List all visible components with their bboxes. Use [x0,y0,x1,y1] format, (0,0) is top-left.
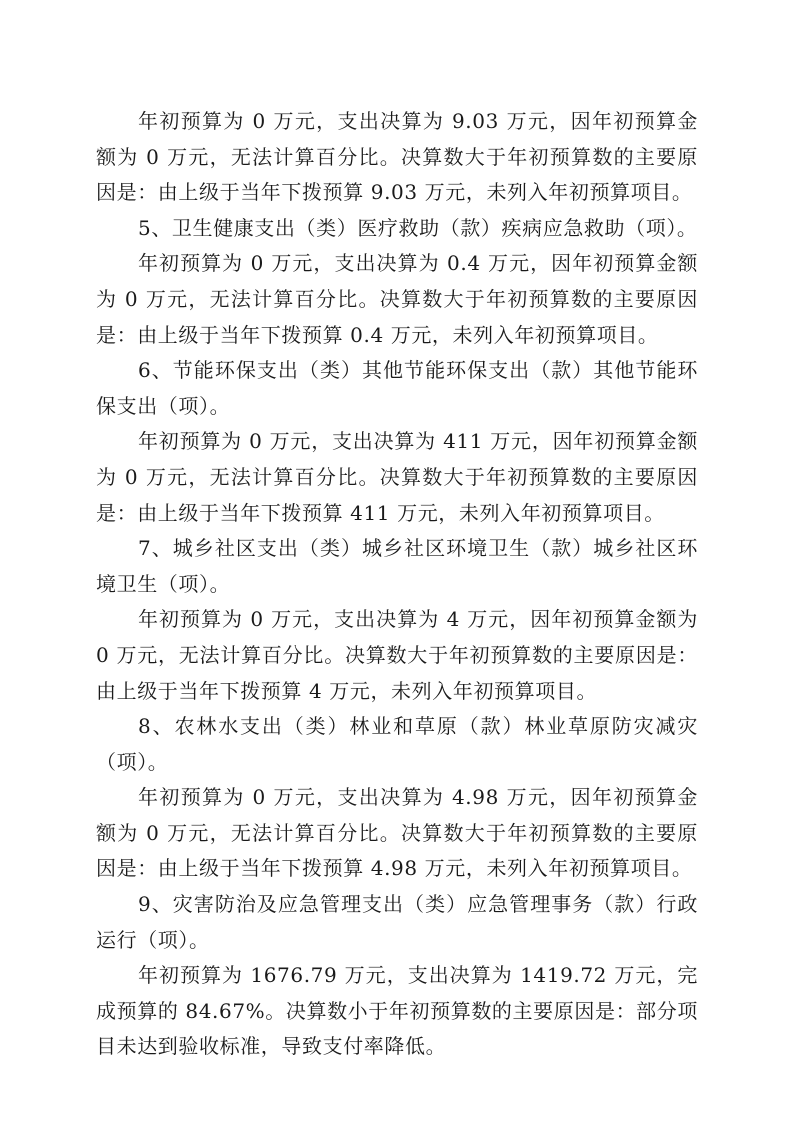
section-heading-item9: 9、灾害防治及应急管理支出（类）应急管理事务（款）行政运行（项）。 [96,887,698,958]
body-paragraph-item9-explanation: 年初预算为 1676.79 万元，支出决算为 1419.72 万元，完成预算的 … [96,958,698,1065]
body-paragraph-item4-explanation: 年初预算为 0 万元，支出决算为 9.03 万元，因年初预算金额为 0 万元，无… [96,104,698,211]
body-paragraph-item7-explanation: 年初预算为 0 万元，支出决算为 4 万元，因年初预算金额为 0 万元，无法计算… [96,602,698,709]
body-paragraph-item5-explanation: 年初预算为 0 万元，支出决算为 0.4 万元，因年初预算金额为 0 万元，无法… [96,246,698,353]
body-paragraph-item6-explanation: 年初预算为 0 万元，支出决算为 411 万元，因年初预算金额为 0 万元，无法… [96,424,698,531]
section-heading-item8: 8、农林水支出（类）林业和草原（款）林业草原防灾减灾（项）。 [96,709,698,780]
section-heading-item6: 6、节能环保支出（类）其他节能环保支出（款）其他节能环保支出（项）。 [96,353,698,424]
section-heading-item7: 7、城乡社区支出（类）城乡社区环境卫生（款）城乡社区环境卫生（项）。 [96,531,698,602]
body-paragraph-item8-explanation: 年初预算为 0 万元，支出决算为 4.98 万元，因年初预算金额为 0 万元，无… [96,780,698,887]
document-page: 年初预算为 0 万元，支出决算为 9.03 万元，因年初预算金额为 0 万元，无… [96,104,698,1065]
section-heading-item5: 5、卫生健康支出（类）医疗救助（款）疾病应急救助（项）。 [96,211,698,247]
